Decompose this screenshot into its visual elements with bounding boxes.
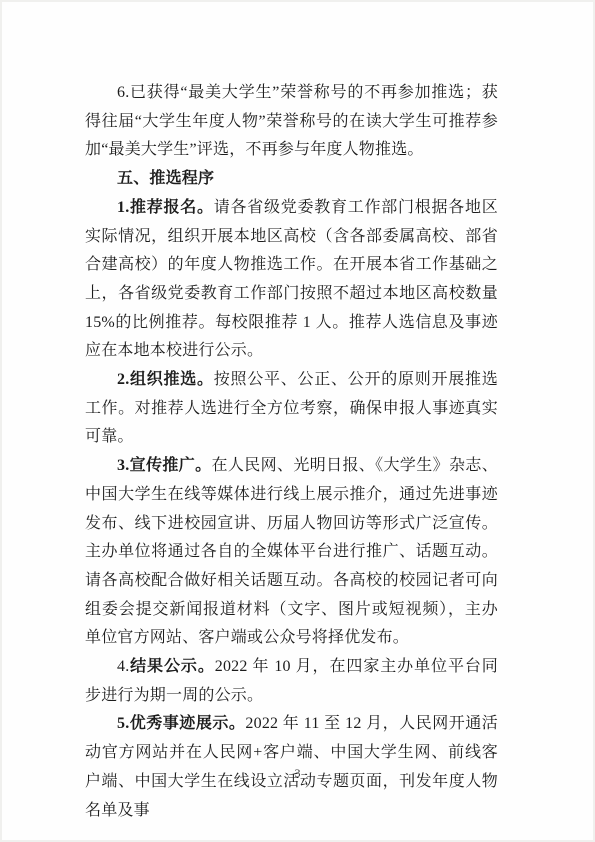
paragraph-item-6: 6.已获得“最美大学生”荣誉称号的不再参加推选；获得往届“大学生年度人物”荣誉称… [85,79,498,165]
step-4-number: 4. [117,658,129,675]
paragraph-step-2: 2.组织推选。按照公平、公正、公开的原则开展推选工作。对推荐人选进行全方位考察，… [85,366,498,452]
step-1-title: 1.推荐报名。 [117,199,214,216]
step-3-body: 在人民网、光明日报、《大学生》杂志、中国大学生在线等媒体进行线上展示推介，通过先… [85,457,498,646]
step-1-body: 请各省级党委教育工作部门根据各地区实际情况，组织开展本地区高校（含各部委属高校、… [85,199,498,360]
step-5-title: 5.优秀事迹展示。 [117,715,245,732]
page-number: 3 [0,765,595,781]
step-2-title: 2.组织推选。 [117,371,214,388]
paragraph-step-4: 4.结果公示。2022 年 10 月，在四家主办单位平台同步进行为期一周的公示。 [85,653,498,710]
document-body: 6.已获得“最美大学生”荣誉称号的不再参加推选；获得往届“大学生年度人物”荣誉称… [85,79,498,825]
paragraph-step-3: 3.宣传推广。在人民网、光明日报、《大学生》杂志、中国大学生在线等媒体进行线上展… [85,452,498,653]
step-4-title: 结果公示。 [129,658,214,675]
step-3-title: 3.宣传推广。 [117,457,211,474]
document-page: { "page": { "number": "3", "background_c… [0,0,595,842]
section-heading-label: 五、推选程序 [117,170,214,187]
paragraph-step-1: 1.推荐报名。请各省级党委教育工作部门根据各地区实际情况，组织开展本地区高校（含… [85,194,498,366]
text-run: 6.已获得“最美大学生”荣誉称号的不再参加推选；获得往届“大学生年度人物”荣誉称… [85,84,498,158]
section-heading: 五、推选程序 [85,165,498,194]
